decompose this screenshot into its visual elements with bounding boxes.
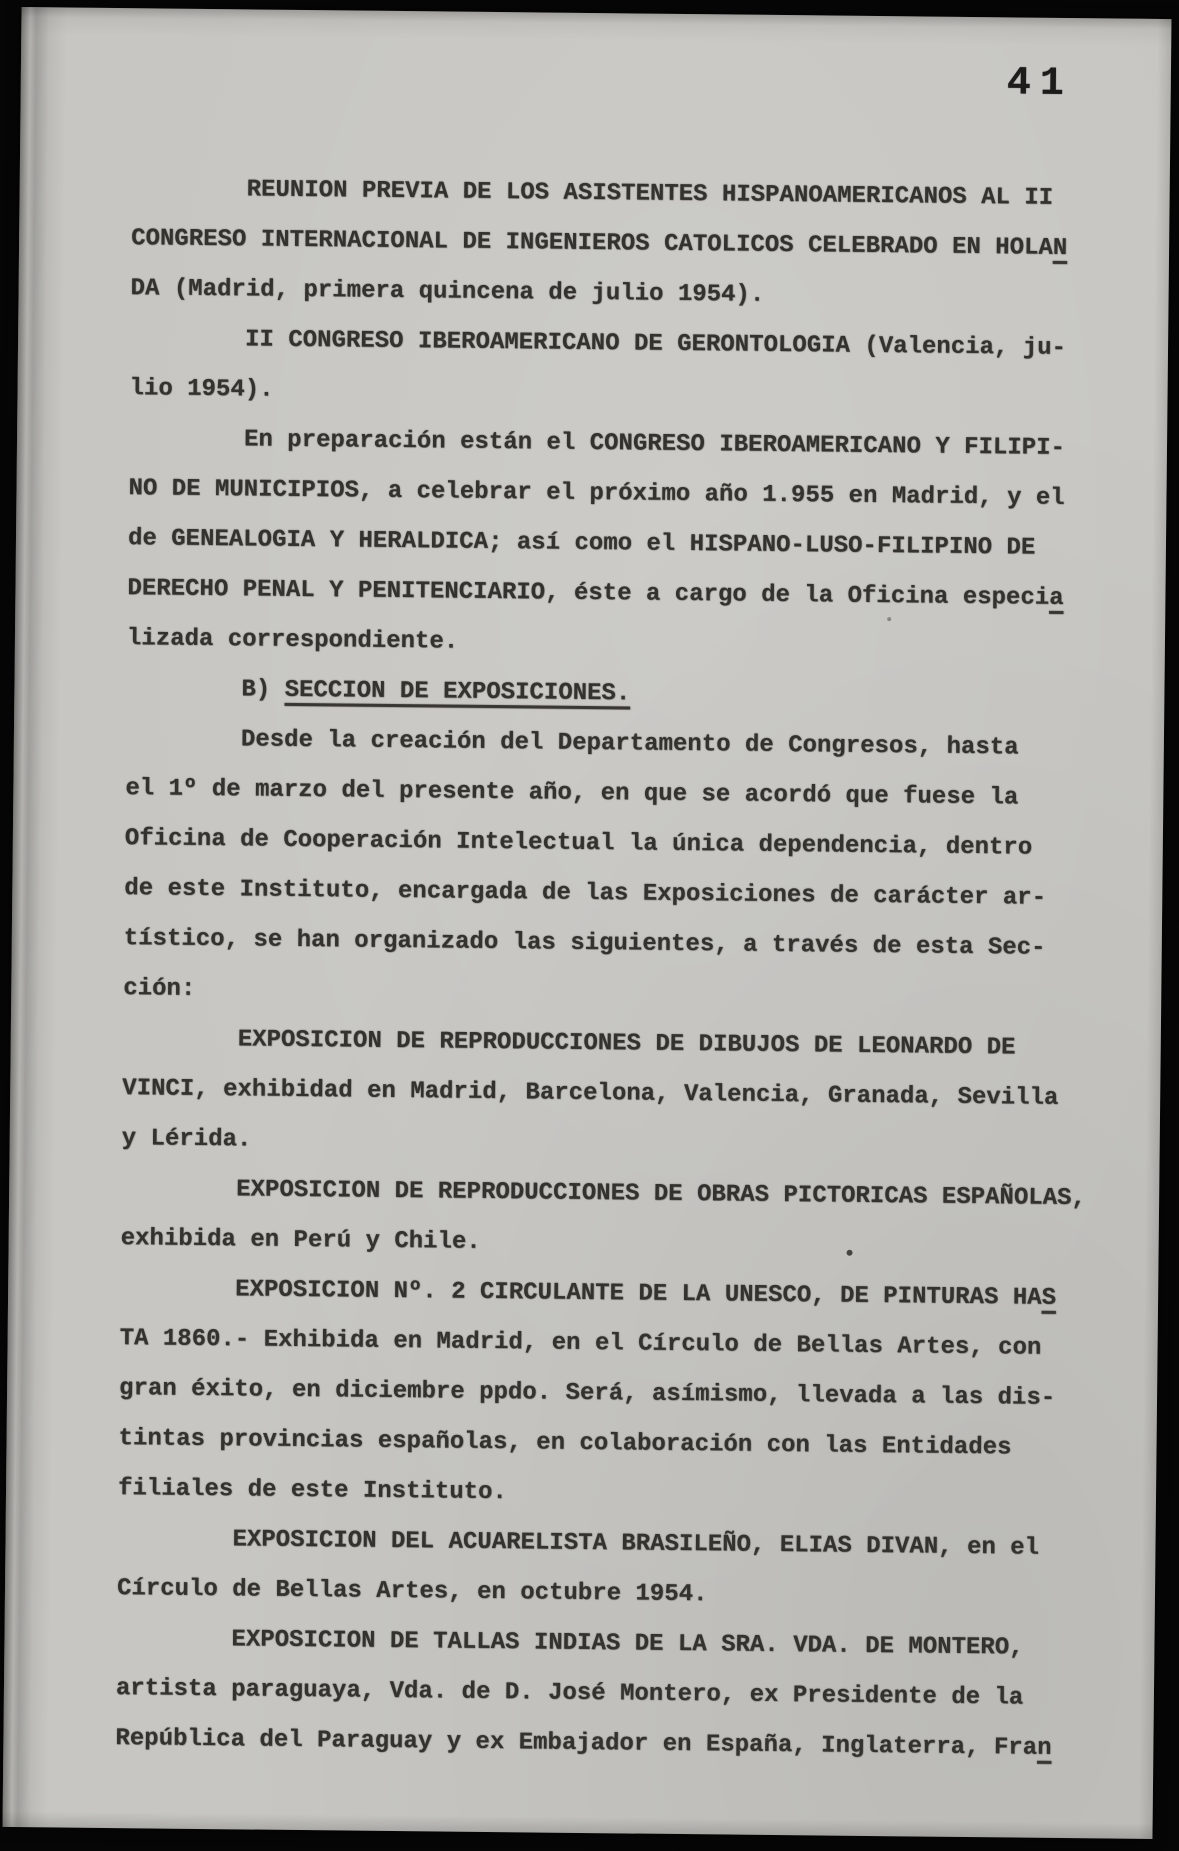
typewritten-text: REUNION PREVIA DE LOS ASISTENTES HISPANO… (115, 164, 1122, 1774)
underlined-text: n (1037, 1735, 1052, 1762)
text-segment: REUNION PREVIA DE LOS ASISTENTES HISPANO… (247, 176, 1054, 211)
text-segment: TA 1860.- Exhibida en Madrid, en el Círc… (119, 1325, 1041, 1362)
text-segment: CONGRESO INTERNACIONAL DE INGENIEROS CAT… (131, 225, 1053, 262)
underlined-text: N (1053, 235, 1068, 262)
text-line: II CONGRESO IBEROAMERICANO DE GERONTOLOG… (130, 314, 1120, 374)
text-segment: En preparación están el CONGRESO IBEROAM… (244, 426, 1065, 462)
text-segment: EXPOSICION DE TALLAS INDIAS DE LA SRA. V… (231, 1626, 1023, 1661)
text-segment: Círculo de Bellas Artes, en octubre 1954… (117, 1575, 708, 1608)
text-segment: DERECHO PENAL Y PENITENCIARIO, éste a ca… (127, 575, 1049, 612)
text-segment: EXPOSICION DE REPRODUCCIONES DE OBRAS PI… (236, 1176, 1086, 1212)
text-segment: el 1º de marzo del presente año, en que … (125, 775, 1018, 811)
text-segment: EXPOSICION Nº. 2 CIRCULANTE DE LA UNESCO… (235, 1276, 1042, 1311)
ink-speck (403, 682, 407, 686)
underlined-text: a (1049, 585, 1064, 612)
text-segment: EXPOSICION DE REPRODUCCIONES DE DIBUJOS … (238, 1026, 1016, 1061)
text-segment: Oficina de Cooperación Intelectual la ún… (125, 825, 1033, 862)
text-segment: tintas provincias españolas, en colabora… (118, 1425, 1011, 1461)
text-segment: y Lérida. (122, 1125, 252, 1153)
text-segment: B) (241, 676, 284, 703)
text-segment: gran éxito, en diciembre ppdo. Será, así… (119, 1375, 1055, 1412)
text-segment: exhibida en Perú y Chile. (121, 1225, 481, 1256)
page-number: 41 (1007, 61, 1073, 107)
scan-background: 41 REUNION PREVIA DE LOS ASISTENTES HISP… (0, 0, 1179, 1851)
underlined-text: SECCION DE EXPOSICIONES. (284, 677, 630, 708)
text-segment: II CONGRESO IBEROAMERICANO DE GERONTOLOG… (245, 326, 1066, 362)
text-segment: VINCI, exhibidad en Madrid, Barcelona, V… (122, 1075, 1058, 1112)
text-segment: Desde la creación del Departamento de Co… (241, 726, 1019, 761)
text-segment: ción: (123, 975, 195, 1003)
text-segment: lizada correspondiente. (127, 625, 459, 655)
text-segment: República del Paraguay y ex Embajador en… (115, 1725, 1037, 1762)
text-segment: DA (Madrid, primera quincena de julio 19… (130, 275, 764, 309)
text-segment: EXPOSICION DEL ACUARELISTA BRASILEÑO, EL… (232, 1526, 1039, 1561)
text-segment: NO DE MUNICIPIOS, a celebrar el próximo … (128, 475, 1064, 512)
text-line: República del Paraguay y ex Embajador en… (115, 1714, 1105, 1774)
text-segment: lio 1954). (129, 375, 273, 404)
text-line: VINCI, exhibidad en Madrid, Barcelona, V… (122, 1064, 1112, 1124)
text-segment: de este Instituto, encargada de las Expo… (124, 875, 1046, 912)
document-page: 41 REUNION PREVIA DE LOS ASISTENTES HISP… (3, 7, 1172, 1839)
text-line: tístico, se han organizado las siguiente… (124, 914, 1114, 974)
underlined-text: S (1041, 1285, 1056, 1312)
ink-speck (847, 1250, 853, 1256)
ink-speck (887, 617, 891, 621)
text-segment: artista paraguaya, Vda. de D. José Monte… (116, 1675, 1024, 1712)
text-segment: tístico, se han organizado las siguiente… (124, 925, 1046, 962)
text-segment: de GENEALOGIA Y HERALDICA; así como el H… (128, 525, 1036, 562)
text-segment: filiales de este Instituto. (118, 1475, 507, 1506)
